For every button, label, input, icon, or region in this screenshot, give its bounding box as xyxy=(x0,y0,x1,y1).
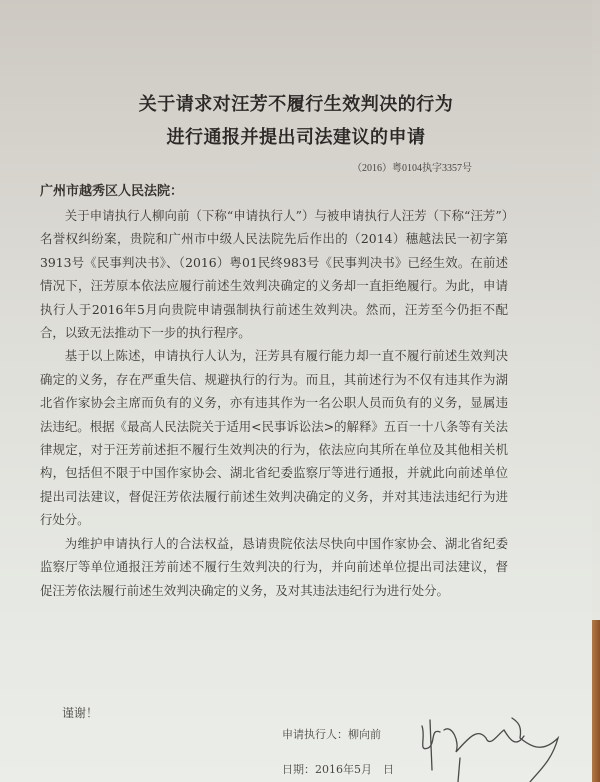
date-label: 日期：2016年5月 日 xyxy=(282,761,394,777)
wood-edge xyxy=(592,620,600,782)
addressee: 广州市越秀区人民法院： xyxy=(40,180,183,199)
closing-thanks: 谨谢！ xyxy=(62,704,98,721)
document-page: 关于请求对汪芳不履行生效判决的行为 进行通报并提出司法建议的申请 （2016）粤… xyxy=(0,0,592,782)
document-title-line-2: 进行通报并提出司法建议的申请 xyxy=(0,123,592,149)
applicant-label: 申请执行人：柳向前 xyxy=(282,726,381,742)
signature-icon xyxy=(400,708,600,782)
document-body: 关于申请执行人柳向前（下称“申请执行人”）与被申请执行人汪芳（下称“汪芳”）名誉… xyxy=(40,204,508,602)
document-number: （2016）粤0104执字3357号 xyxy=(352,159,472,174)
paragraph: 为维护申请执行人的合法权益，恳请贵院依法尽快向中国作家协会、湖北省纪委监察厅等单… xyxy=(40,532,508,602)
paragraph: 关于申请执行人柳向前（下称“申请执行人”）与被申请执行人汪芳（下称“汪芳”）名誉… xyxy=(40,204,508,344)
paragraph: 基于以上陈述，申请执行人认为，汪芳具有履行能力却一直不履行前述生效判决确定的义务… xyxy=(40,344,508,531)
document-title-line-1: 关于请求对汪芳不履行生效判决的行为 xyxy=(0,90,592,116)
